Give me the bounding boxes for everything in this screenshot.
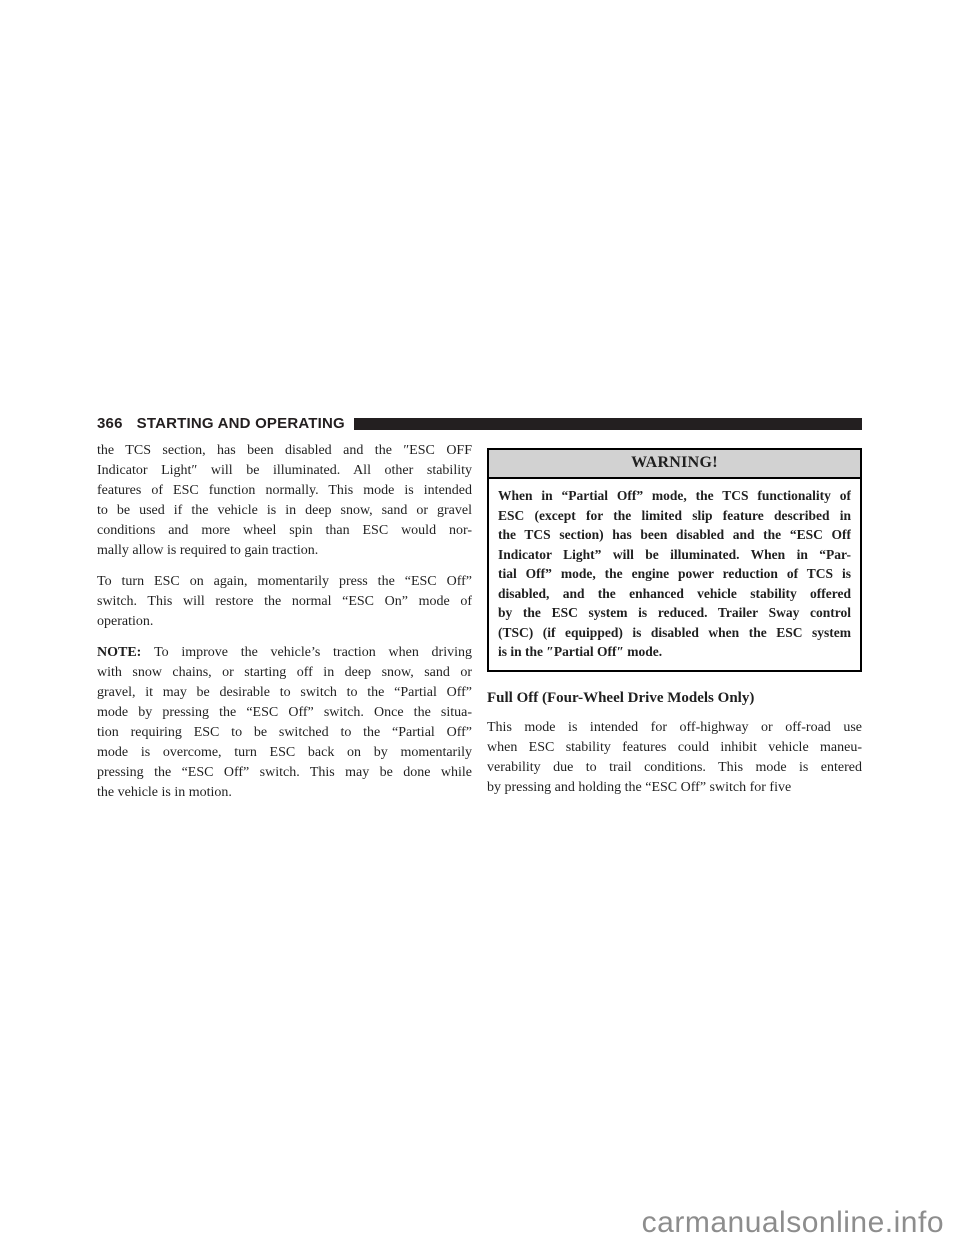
text-line: (TSC) (if equipped) is disabled when the… bbox=[498, 623, 851, 643]
left-column: the TCS section, has been disabled and t… bbox=[97, 441, 472, 814]
header-bar bbox=[354, 418, 862, 430]
text-line: by pressing and holding the “ESC Off” sw… bbox=[487, 778, 862, 798]
manual-page: 366 STARTING AND OPERATING the TCS secti… bbox=[0, 0, 960, 1242]
text-line: switch. This will restore the normal “ES… bbox=[97, 592, 472, 612]
warning-body: When in “Partial Off” mode, the TCS func… bbox=[489, 479, 860, 670]
text-line: conditions and more wheel spin than ESC … bbox=[97, 521, 472, 541]
text-line: tial Off” mode, the engine power reducti… bbox=[498, 564, 851, 584]
warning-box: WARNING! When in “Partial Off” mode, the… bbox=[487, 448, 862, 672]
section-title: STARTING AND OPERATING bbox=[137, 415, 345, 432]
text-line: when ESC stability features could inhibi… bbox=[487, 738, 862, 758]
text-line: operation. bbox=[97, 612, 472, 632]
text-line: NOTE: To improve the vehicle’s traction … bbox=[97, 643, 472, 663]
page-number: 366 bbox=[97, 415, 123, 432]
text-line: with snow chains, or starting off in dee… bbox=[97, 663, 472, 683]
page-header: 366 STARTING AND OPERATING bbox=[97, 415, 862, 432]
text-line: ESC (except for the limited slip feature… bbox=[498, 506, 851, 526]
paragraph: To turn ESC on again, momentarily press … bbox=[97, 572, 472, 632]
text-line: to be used if the vehicle is in deep sno… bbox=[97, 501, 472, 521]
text-line: verability due to trail conditions. This… bbox=[487, 758, 862, 778]
paragraph: This mode is intended for off-highway or… bbox=[487, 718, 862, 798]
text-line: features of ESC function normally. This … bbox=[97, 481, 472, 501]
text-line: by the ESC system is reduced. Trailer Sw… bbox=[498, 603, 851, 623]
right-column: WARNING! When in “Partial Off” mode, the… bbox=[487, 448, 862, 809]
text-line: tion requiring ESC to be switched to the… bbox=[97, 723, 472, 743]
text-line: the TCS section, has been disabled and t… bbox=[97, 441, 472, 461]
text-line: This mode is intended for off-highway or… bbox=[487, 718, 862, 738]
text-line: disabled, and the enhanced vehicle stabi… bbox=[498, 584, 851, 604]
warning-title: WARNING! bbox=[489, 450, 860, 479]
text-line: gravel, it may be desirable to switch to… bbox=[97, 683, 472, 703]
note-paragraph: NOTE: To improve the vehicle’s traction … bbox=[97, 643, 472, 803]
paragraph: the TCS section, has been disabled and t… bbox=[97, 441, 472, 561]
text-line: mode by pressing the “ESC Off” switch. O… bbox=[97, 703, 472, 723]
text-line: To turn ESC on again, momentarily press … bbox=[97, 572, 472, 592]
watermark: carmanualsonline.info bbox=[642, 1206, 944, 1240]
text-line: pressing the “ESC Off” switch. This may … bbox=[97, 763, 472, 783]
subheading-full-off: Full Off (Four-Wheel Drive Models Only) bbox=[487, 688, 862, 708]
text-line: mode is overcome, turn ESC back on by mo… bbox=[97, 743, 472, 763]
text-line: When in “Partial Off” mode, the TCS func… bbox=[498, 486, 851, 506]
text-line: the vehicle is in motion. bbox=[97, 783, 472, 803]
text-line: the TCS section) has been disabled and t… bbox=[498, 525, 851, 545]
text-line: mally allow is required to gain traction… bbox=[97, 541, 472, 561]
text-line: Indicator Light” will be illuminated. Wh… bbox=[498, 545, 851, 565]
text-line: is in the ″Partial Off″ mode. bbox=[498, 642, 851, 662]
text-line: Indicator Light″ will be illuminated. Al… bbox=[97, 461, 472, 481]
